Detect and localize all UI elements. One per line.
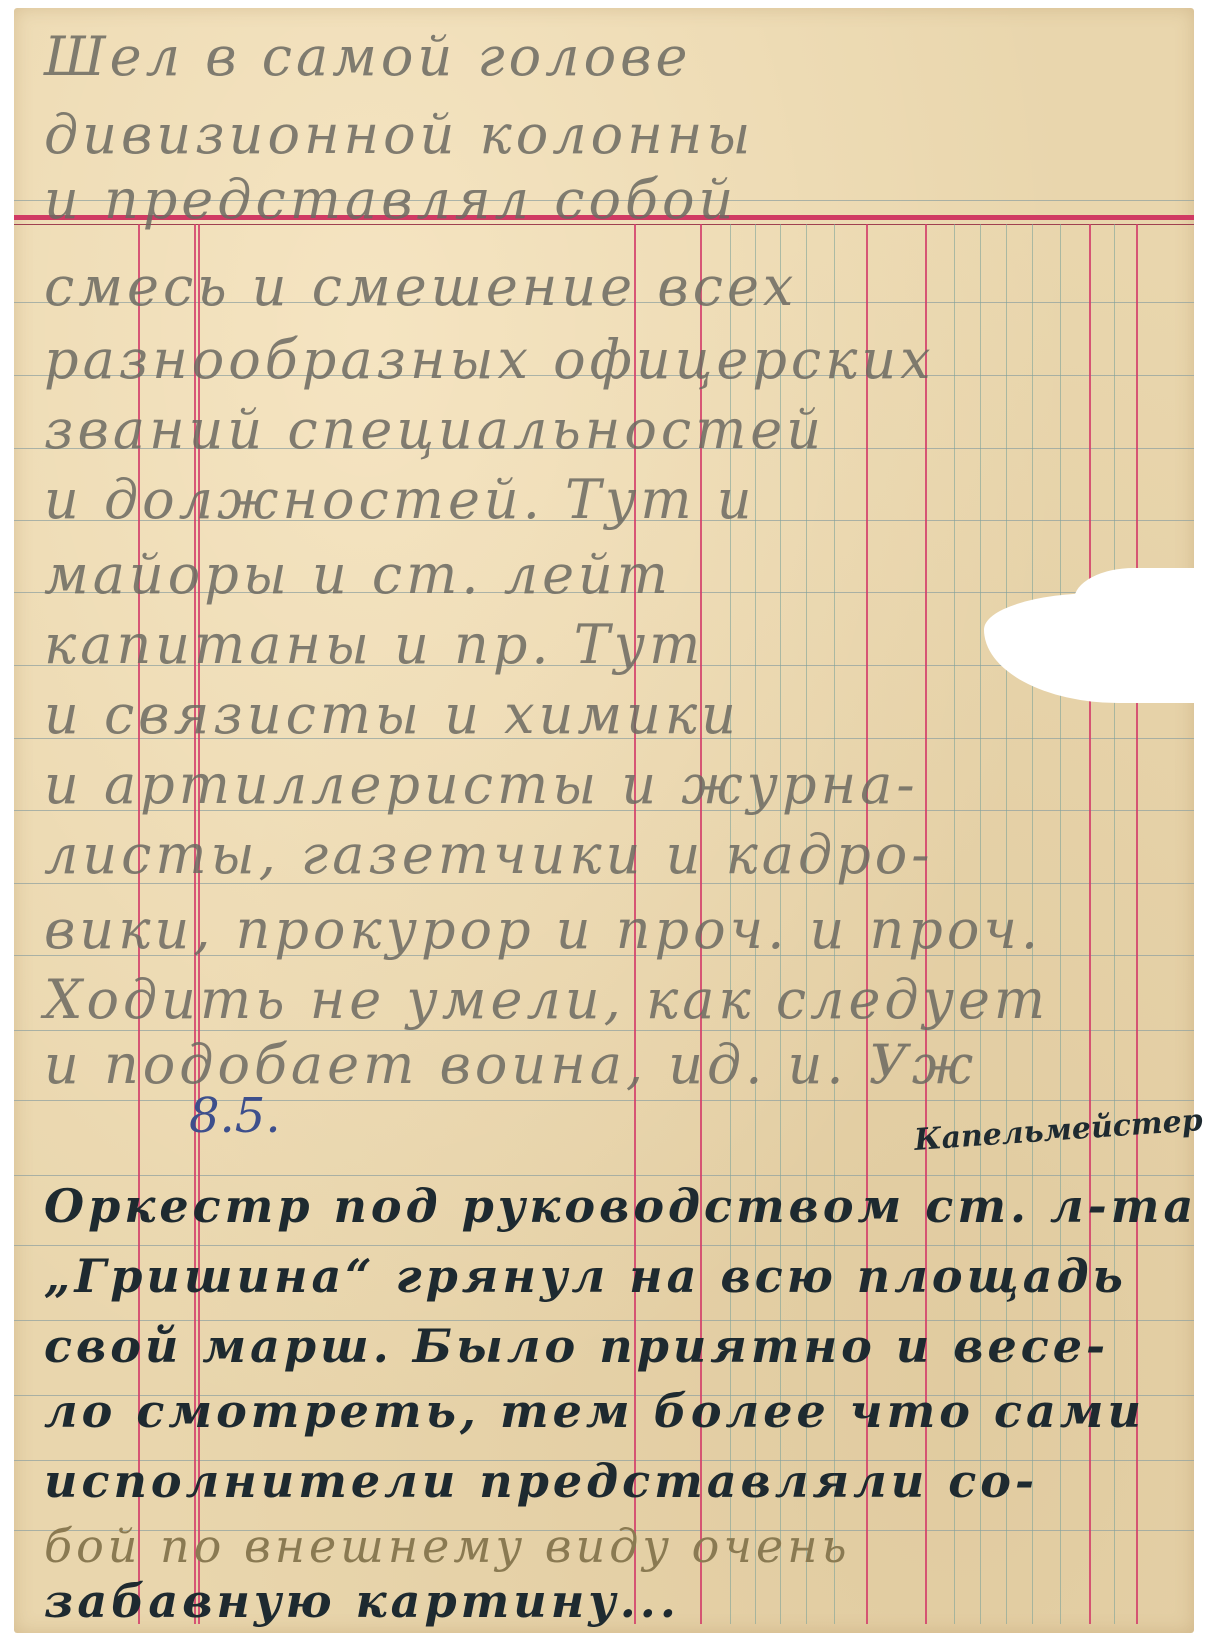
handwriting-line: разнообразных офицерских [44,333,935,387]
rule-line [14,1175,1194,1176]
handwriting-line: и подобает воина, ид. и. Уж [44,1038,977,1092]
handwriting-line: смесь и смешение всех [44,260,797,314]
handwriting-line: вики, прокурор и проч. и проч. [44,903,1042,957]
handwriting-line: капитаны и пр. Тут [44,618,704,672]
handwriting-line: забавную картину... [44,1578,680,1624]
handwriting-line: исполнители представляли со- [44,1458,1038,1504]
paper-sheet: Шел в самой голове дивизионной колонны и… [14,8,1194,1633]
rule-line [14,1245,1194,1246]
date-mark: 8.5. [189,1088,281,1144]
handwriting-line: ло смотреть, тем более что сами [44,1388,1145,1434]
handwriting-line: бой по внешнему виду очень [44,1523,851,1569]
handwriting-line: свой марш. Было приятно и весе- [44,1323,1109,1369]
handwriting-line: листы, газетчики и кадро- [44,828,934,882]
handwriting-line: и должностей. Тут и [44,473,756,527]
handwriting-line: дивизионной колонны [44,108,754,162]
handwriting-line: „Гришина“ грянул на всю площадь [44,1253,1127,1299]
handwriting-line: майоры и ст. лейт [44,548,672,602]
handwriting-line: Шел в самой голове [44,30,691,84]
handwriting-line: и артиллеристы и журна- [44,758,919,812]
handwriting-line: званий специальностей [44,403,825,457]
handwriting-line: и связисты и химики [44,688,740,742]
margin-note: Капельмейстер [913,1103,1204,1158]
handwriting-line: Оркестр под руководством ст. л-та [44,1183,1197,1229]
handwriting-line: и представлял собой [44,173,737,227]
handwriting-line: Ходить не умели, как следует [44,973,1049,1027]
